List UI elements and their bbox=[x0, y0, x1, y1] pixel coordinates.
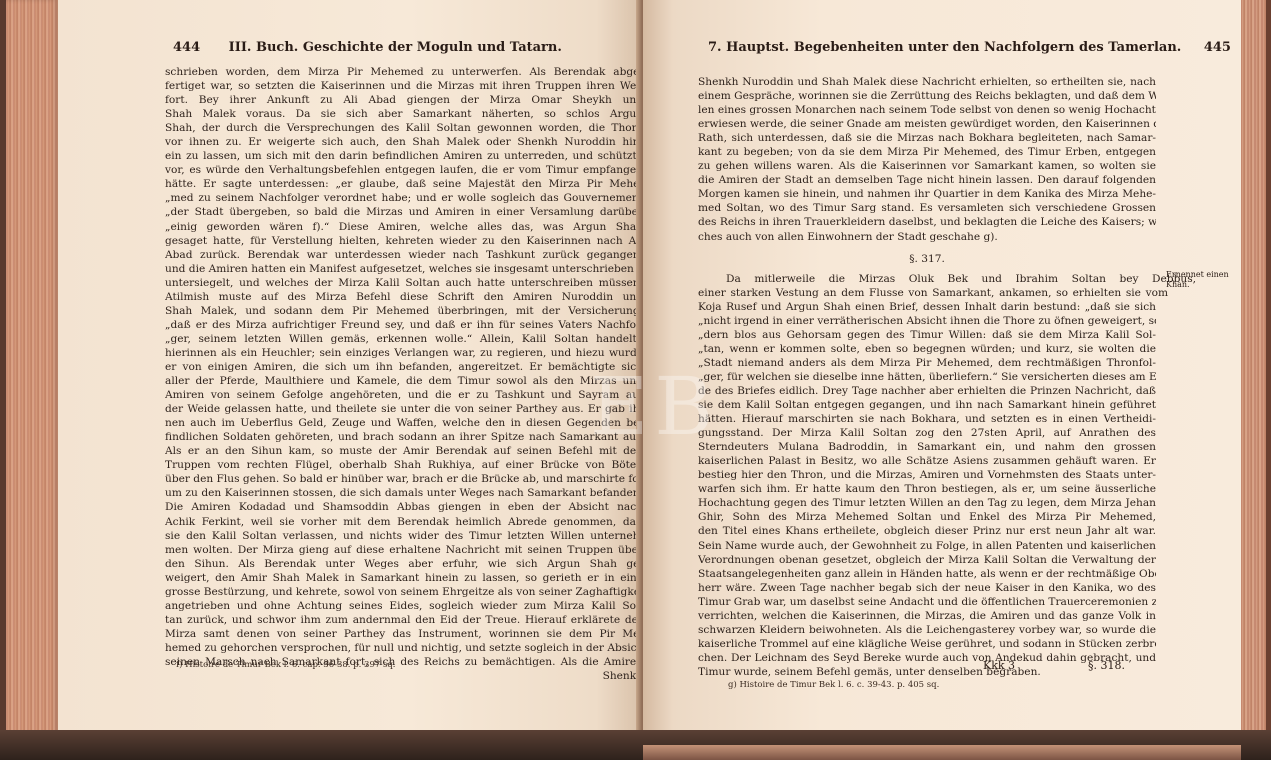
text-line: kaiserlichen Palast in Besitz, wo alle S… bbox=[698, 454, 1156, 468]
text-line: Morgen kamen sie hinein, und nahmen ihr … bbox=[698, 187, 1156, 201]
text-line: Shah Malek, und sodann dem Pir Mehemed ü… bbox=[165, 304, 643, 318]
section-heading: §. 317. bbox=[698, 252, 1156, 266]
text-line: aller der Pferde, Maulthiere und Kamele,… bbox=[165, 374, 643, 388]
open-book: 444 III. Buch. Geschichte der Moguln und… bbox=[0, 0, 1271, 760]
text-line: Timur Grab war, um daselbst seine Andach… bbox=[698, 595, 1156, 609]
text-line: Sterndeuters Mulana Badroddin, in Samark… bbox=[698, 440, 1156, 454]
text-line: sie den Kalil Soltan verlassen, und nich… bbox=[165, 529, 643, 543]
next-section-catch: §. 318. bbox=[1088, 659, 1125, 672]
text-line: ein zu lassen, um sich mit den darin bef… bbox=[165, 149, 643, 163]
text-line: des Reichs in ihren Trauerkleidern dasel… bbox=[698, 215, 1156, 229]
text-line: Ghir, Sohn des Mirza Mehemed Soltan und … bbox=[698, 510, 1156, 524]
signature-mark: Kkk 3 bbox=[983, 659, 1015, 672]
text-line: einem Gespräche, worinnen sie die Zerrüt… bbox=[698, 89, 1156, 103]
text-line: schwarzen Kleidern beiwohneten. Als die … bbox=[698, 623, 1156, 637]
text-line: „tan, wenn er kommen solte, eben so bege… bbox=[698, 342, 1156, 356]
text-line: tan zurück, und schwor ihm zum andernmal… bbox=[165, 613, 643, 627]
text-line: Truppen vom rechten Flügel, oberhalb Sha… bbox=[165, 458, 643, 472]
text-line: Abad zurück. Berendak war unterdessen wi… bbox=[165, 248, 643, 262]
text-line: fertiget war, so setzten die Kaiserinnen… bbox=[165, 79, 643, 93]
text-line: verrichten, welchen die Kaiserinnen, die… bbox=[698, 609, 1156, 623]
text-line: kaiserliche Trommel auf eine klägliche W… bbox=[698, 637, 1156, 651]
text-line: Als er an den Sihun kam, so muste der Am… bbox=[165, 444, 643, 458]
text-line: hierinnen als ein Heuchler; sein einzige… bbox=[165, 346, 643, 360]
text-line: kant zu begeben; von da sie dem Mirza Pi… bbox=[698, 145, 1156, 159]
text-line: den Sihun. Als Berendak unter Weges aber… bbox=[165, 557, 643, 571]
text-line: Amiren von seinem Gefolge angehöreten, u… bbox=[165, 388, 643, 402]
text-line: „daß er des Mirza aufrichtiger Freund se… bbox=[165, 318, 643, 332]
text-line: grosse Bestürzung, und kehrete, sowol vo… bbox=[165, 585, 643, 599]
text-line: Shenkh Nuroddin und Shah Malek diese Nac… bbox=[698, 75, 1156, 89]
text-line: med Soltan, wo des Timur Sarg stand. Es … bbox=[698, 201, 1156, 215]
text-line: „med zu seinem Nachfolger verordnet habe… bbox=[165, 191, 643, 205]
text-line: Atilmish muste auf des Mirza Befehl dies… bbox=[165, 290, 643, 304]
left-body-text: schrieben worden, dem Mirza Pir Mehemed … bbox=[165, 65, 643, 683]
left-page: 444 III. Buch. Geschichte der Moguln und… bbox=[58, 0, 643, 735]
text-line: „Stadt niemand anders als dem Mirza Pir … bbox=[698, 356, 1156, 370]
left-running-title: III. Buch. Geschichte der Moguln und Tat… bbox=[229, 40, 562, 55]
watermark: EB bbox=[590, 360, 719, 453]
text-line: de des Briefes eidlich. Drey Tage nachhe… bbox=[698, 384, 1156, 398]
text-line: Sein Name wurde auch, der Gewohnheit zu … bbox=[698, 539, 1156, 553]
text-line: Shah, der durch die Versprechungen des K… bbox=[165, 121, 643, 135]
text-line: Hochachtung gegen des Timur letzten Will… bbox=[698, 496, 1156, 510]
left-page-edges bbox=[0, 0, 58, 735]
left-page-number: 444 bbox=[173, 40, 200, 55]
left-running-head: 444 III. Buch. Geschichte der Moguln und… bbox=[173, 40, 562, 55]
text-line: Rath, sich unterdessen, daß sie die Mirz… bbox=[698, 131, 1156, 145]
left-footnote: f) Histoire de Timur Bek l. 6. cap. 36-3… bbox=[176, 660, 396, 670]
text-line: men wolten. Der Mirza gieng auf diese er… bbox=[165, 543, 643, 557]
text-line: findlichen Soldaten gehöreten, und brach… bbox=[165, 430, 643, 444]
text-line: den Titel eines Khans ertheilete, obglei… bbox=[698, 524, 1156, 538]
text-line: die Amiren der Stadt an demselben Tage n… bbox=[698, 173, 1156, 187]
text-line: nen auch im Ueberflus Geld, Zeuge und Wa… bbox=[165, 416, 643, 430]
text-line: „dern blos aus Gehorsam gegen des Timur … bbox=[698, 328, 1156, 342]
right-running-head: 7. Hauptst. Begebenheiten unter den Nach… bbox=[708, 40, 1231, 55]
text-line: „ger, seinem letzten Willen gemäs, erken… bbox=[165, 332, 643, 346]
text-line: herr wäre. Zween Tage nachher begab sich… bbox=[698, 581, 1156, 595]
text-line: und die Amiren hatten ein Manifest aufge… bbox=[165, 262, 643, 276]
right-page-number: 445 bbox=[1204, 40, 1231, 55]
text-line: sie dem Kalil Soltan entgegen gegangen, … bbox=[698, 398, 1156, 412]
text-line: „der Stadt übergeben, so bald die Mirzas… bbox=[165, 205, 643, 219]
text-line: zu gehen willens waren. Als die Kaiserin… bbox=[698, 159, 1156, 173]
text-line: Staatsangelegenheiten ganz allein in Hän… bbox=[698, 567, 1156, 581]
text-line: „einig geworden wären f).“ Diese Amiren,… bbox=[165, 220, 643, 234]
text-line: fort. Bey ihrer Ankunft zu Ali Abad gien… bbox=[165, 93, 643, 107]
text-line: len eines grossen Monarchen nach seinem … bbox=[698, 103, 1156, 117]
text-line: Achik Ferkint, weil sie vorher mit dem B… bbox=[165, 515, 643, 529]
right-body-text: Shenkh Nuroddin und Shah Malek diese Nac… bbox=[698, 75, 1156, 679]
text-line: hätten. Hierauf marschirten sie nach Bok… bbox=[698, 412, 1156, 426]
right-page-edges bbox=[1241, 0, 1271, 745]
text-line: gesaget hatte, für Verstellung hielten, … bbox=[165, 234, 643, 248]
text-line: Die Amiren Kodadad und Shamsoddin Abbas … bbox=[165, 500, 643, 514]
text-line: Shenkh bbox=[165, 669, 643, 683]
text-line: hemed zu gehorchen versprochen, für null… bbox=[165, 641, 643, 655]
text-line: weigert, den Amir Shah Malek in Samarkan… bbox=[165, 571, 643, 585]
spacer bbox=[698, 244, 1156, 252]
text-line: Koja Rusef und Argun Shah einen Brief, d… bbox=[698, 300, 1156, 314]
right-footnote: g) Histoire de Timur Bek l. 6. c. 39-43.… bbox=[728, 680, 939, 690]
text-line: bestieg hier den Thron, und die Mirzas, … bbox=[698, 468, 1156, 482]
text-line: „nicht irgend in einer verrätherischen A… bbox=[698, 314, 1156, 328]
margin-note: Ernennet einen Khan. bbox=[1166, 270, 1238, 290]
text-line: vor, es würde den Verhaltungsbefehlen en… bbox=[165, 163, 643, 177]
text-line: hätte. Er sagte unterdessen: „er glaube,… bbox=[165, 177, 643, 191]
text-line: erwiesen werde, die seiner Gnade am meis… bbox=[698, 117, 1156, 131]
text-line: über den Flus gehen. So bald er hinüber … bbox=[165, 472, 643, 486]
right-running-title: 7. Hauptst. Begebenheiten unter den Nach… bbox=[708, 40, 1181, 55]
text-line: einer starken Vestung an dem Flusse von … bbox=[698, 286, 1168, 300]
text-line: gungsstand. Der Mirza Kalil Soltan zog d… bbox=[698, 426, 1156, 440]
text-line: „ger, für welchen sie dieselbe inne hätt… bbox=[698, 370, 1156, 384]
text-line: Shah Malek voraus. Da sie sich aber Sama… bbox=[165, 107, 643, 121]
text-line: untersiegelt, und welches der Mirza Kali… bbox=[165, 276, 643, 290]
text-line: Verordnungen obenan gesetzet, obgleich d… bbox=[698, 553, 1156, 567]
text-line: der Weide gelassen hatte, und theilete s… bbox=[165, 402, 643, 416]
right-page-bottom-edge bbox=[643, 745, 1241, 760]
text-line: angetrieben und ohne Achtung seines Eide… bbox=[165, 599, 643, 613]
right-page: 7. Hauptst. Begebenheiten unter den Nach… bbox=[643, 0, 1241, 745]
text-line: ches auch von allen Einwohnern der Stadt… bbox=[698, 230, 1156, 244]
text-line: Da mitlerweile die Mirzas Oluk Bek und I… bbox=[698, 272, 1196, 286]
text-line: Mirza samt denen von seiner Parthey das … bbox=[165, 627, 643, 641]
text-line: warfen sich ihm. Er hatte kaum den Thron… bbox=[698, 482, 1156, 496]
text-line: schrieben worden, dem Mirza Pir Mehemed … bbox=[165, 65, 643, 79]
text-line: um zu den Kaiserinnen stossen, die sich … bbox=[165, 486, 643, 500]
text-line: vor ihnen zu. Er weigerte sich auch, den… bbox=[165, 135, 643, 149]
text-line: er von einigen Amiren, die sich um ihn b… bbox=[165, 360, 643, 374]
